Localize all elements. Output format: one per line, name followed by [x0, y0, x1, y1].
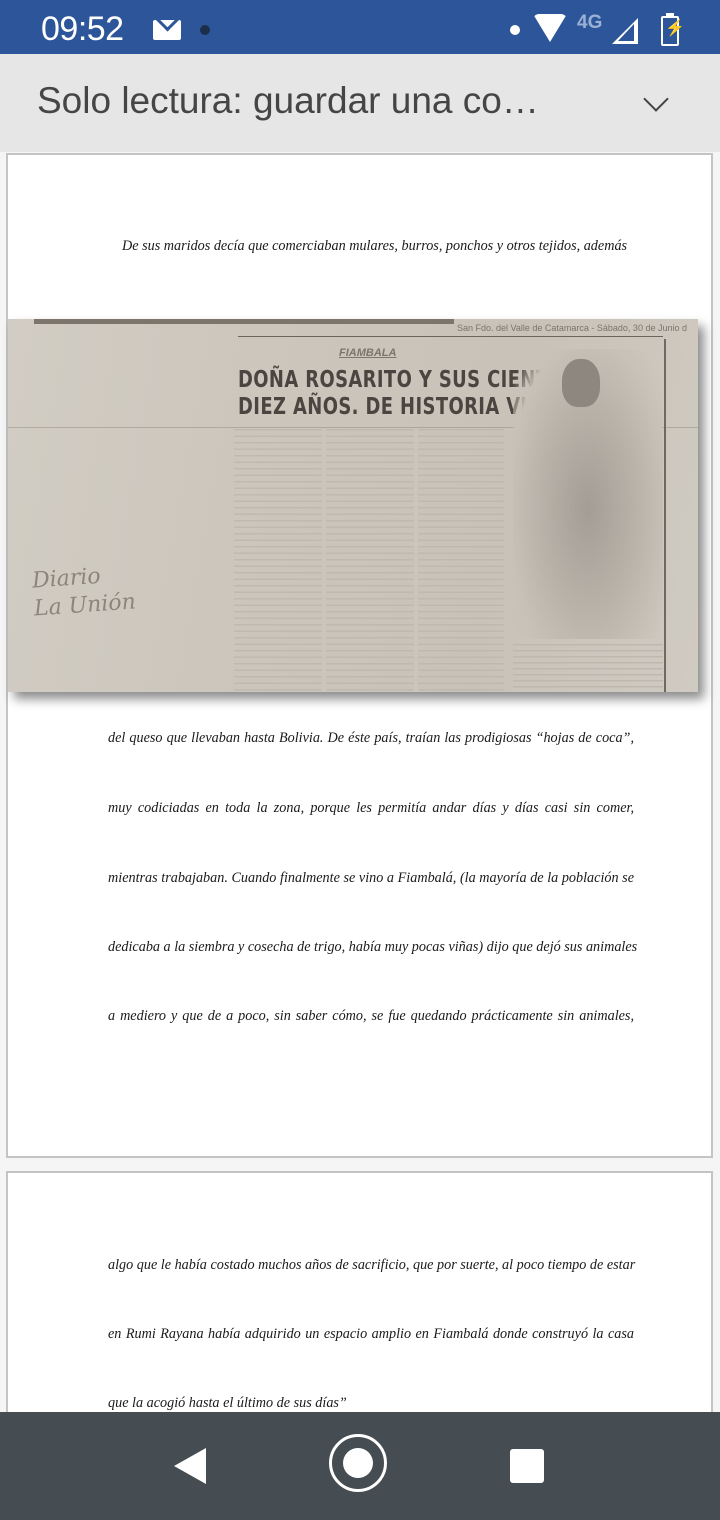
- newspaper-rule: [238, 336, 663, 337]
- paragraph-line: del queso que llevaban hasta Bolivia. De…: [108, 730, 634, 747]
- newspaper-text-columns: [234, 429, 504, 692]
- newspaper-date-line: San Fdo. del Valle de Catamarca - Sábado…: [457, 323, 687, 333]
- column-gap: [322, 429, 326, 692]
- status-time: 09:52: [41, 10, 124, 49]
- notification-dot-icon: [200, 25, 210, 35]
- paragraph-line: dedicaba a la siembra y cosecha de trigo…: [108, 939, 634, 956]
- home-icon[interactable]: [329, 1434, 387, 1492]
- document-title[interactable]: Solo lectura: guardar una co…: [37, 80, 539, 122]
- paragraph-line: De sus maridos decía que comerciaban mul…: [122, 238, 634, 255]
- paragraph-line: que la acogió hasta el último de sus día…: [108, 1395, 634, 1412]
- paragraph-line: mientras trabajaban. Cuando finalmente s…: [108, 870, 634, 887]
- newspaper-border: [664, 339, 666, 692]
- document-page-2[interactable]: algo que le había costado muchos años de…: [6, 1171, 713, 1431]
- recents-icon[interactable]: [510, 1449, 544, 1483]
- mail-icon: [153, 20, 181, 40]
- newspaper-clipping-image: San Fdo. del Valle de Catamarca - Sábado…: [8, 319, 698, 692]
- portrait-head: [562, 359, 600, 407]
- clipping-edge: [34, 319, 454, 324]
- network-type: 4G: [577, 12, 602, 34]
- status-bar: 09:52 4G ⚡: [0, 0, 720, 54]
- document-page-1[interactable]: De sus maridos decía que comerciaban mul…: [6, 153, 713, 1158]
- column-gap: [414, 429, 418, 692]
- paragraph-line: a mediero y que de a poco, sin saber cóm…: [108, 1008, 634, 1025]
- paragraph-line: muy codiciadas en toda la zona, porque l…: [108, 800, 634, 817]
- handwritten-note: Diario La Unión: [31, 561, 137, 624]
- app-bar: Solo lectura: guardar una co…: [0, 54, 720, 152]
- photo-caption: [513, 644, 663, 692]
- signal-icon: [612, 18, 638, 44]
- dot-icon: [510, 25, 520, 35]
- battery-charging-icon: ⚡: [661, 16, 679, 46]
- chevron-down-icon[interactable]: [643, 86, 668, 111]
- paragraph-line: algo que le había costado muchos años de…: [108, 1257, 634, 1274]
- handwritten-line-2: La Unión: [33, 588, 137, 623]
- wifi-icon: [533, 14, 567, 42]
- paragraph-line: en Rumi Rayana había adquirido un espaci…: [108, 1326, 634, 1343]
- newspaper-section: FIAMBALA: [339, 347, 396, 359]
- back-icon[interactable]: [174, 1448, 206, 1484]
